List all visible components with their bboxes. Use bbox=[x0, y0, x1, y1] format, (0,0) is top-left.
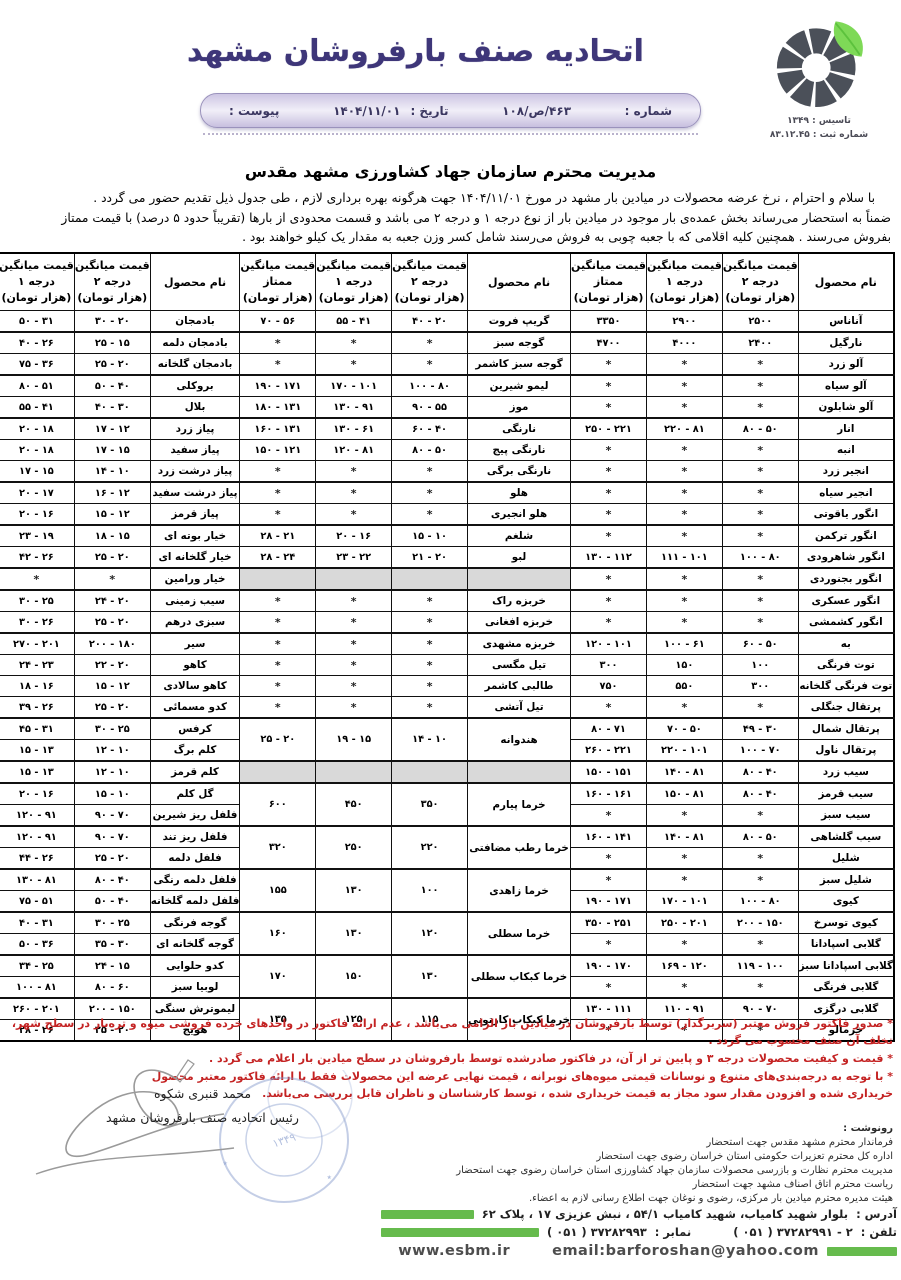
product-name-cell: سیب سبز bbox=[798, 805, 894, 827]
price-cell: ۱۵ - ۱۳ bbox=[0, 740, 74, 762]
price-cell: ۱۰۰ - ۸۰ bbox=[722, 891, 798, 913]
copies-item: اداره کل محترم تعزیرات حکومتی استان خراس… bbox=[405, 1150, 893, 1164]
price-cell: ۲۲۰ - ۱۰۱ bbox=[646, 740, 722, 762]
column-header-line: (هزار تومان) bbox=[647, 290, 722, 306]
price-cell: * bbox=[571, 848, 647, 870]
price-cell: * bbox=[646, 354, 722, 376]
price-cell: ۱۵۰ bbox=[316, 955, 392, 998]
product-name-cell: انبه bbox=[798, 440, 894, 461]
price-cell: ۱۵ - ۱۲ bbox=[74, 504, 150, 526]
price-cell: ۴۴ - ۲۶ bbox=[0, 848, 74, 870]
price-cell: ۱۴ - ۱۰ bbox=[392, 718, 468, 761]
product-name-cell: آلو زرد bbox=[798, 354, 894, 376]
price-cell: * bbox=[392, 697, 468, 719]
price-cell: ۸۰ - ۷۱ bbox=[571, 718, 647, 740]
website-link[interactable]: www.esbm.ir bbox=[398, 1243, 510, 1259]
price-cell: ۱۲ - ۱۰ bbox=[74, 761, 150, 783]
product-name-cell: توت فرنگی bbox=[798, 655, 894, 676]
price-cell: ۲۸ - ۲۴ bbox=[240, 547, 316, 569]
column-header-line: درجه ۲ bbox=[75, 274, 150, 290]
price-cell: ۲۵ - ۲۰ bbox=[74, 697, 150, 719]
column-header-price: قیمت میانگیندرجه ۱(هزار تومان) bbox=[316, 253, 392, 311]
price-cell: ۲۵ - ۲۰ bbox=[74, 848, 150, 870]
product-name-cell: شلیل bbox=[798, 848, 894, 870]
price-cell: * bbox=[240, 697, 316, 719]
price-cell: * bbox=[722, 805, 798, 827]
price-cell: * bbox=[316, 697, 392, 719]
price-cell: ۱۷ - ۱۵ bbox=[0, 461, 74, 483]
address-label: آدرس : bbox=[856, 1207, 897, 1221]
price-cell: ۱۳۰ - ۸۱ bbox=[0, 869, 74, 891]
product-name-cell: خیار گلخانه ای bbox=[150, 547, 240, 569]
price-cell: ۲۲ - ۲۰ bbox=[74, 655, 150, 676]
price-cell: ۱۱۹ - ۱۰۰ bbox=[722, 955, 798, 977]
price-cell: ۳۰ - ۲۵ bbox=[74, 718, 150, 740]
price-cell: ۲۵۰ - ۲۰۱ bbox=[646, 912, 722, 934]
product-name-cell: کرفس bbox=[150, 718, 240, 740]
product-name-cell: فلفل دلمه گلخانه bbox=[150, 891, 240, 913]
fax-value: ۳۷۲۸۲۹۹۳ ( ۰۵۱ ) bbox=[547, 1225, 647, 1239]
email-link[interactable]: email:barforoshan@yahoo.com bbox=[552, 1243, 819, 1259]
product-name-cell: شلغم bbox=[468, 525, 571, 547]
product-name-cell: پیاز قرمز bbox=[150, 504, 240, 526]
price-cell: * bbox=[571, 697, 647, 719]
column-header-price: قیمت میانگینممتاز(هزار تومان) bbox=[240, 253, 316, 311]
column-header-line: قیمت میانگین bbox=[571, 258, 646, 274]
price-cell: ۱۵۵ bbox=[240, 869, 316, 912]
price-cell: ۱۶۰ - ۱۶۱ bbox=[571, 783, 647, 805]
price-cell: * bbox=[646, 461, 722, 483]
price-cell: ۱۶ - ۱۲ bbox=[74, 482, 150, 504]
product-name-cell: سیب گلشاهی bbox=[798, 826, 894, 848]
price-cell: ۵۰ - ۳۶ bbox=[0, 934, 74, 956]
price-cell: ۵۵ - ۴۱ bbox=[316, 311, 392, 333]
product-name-cell: شلیل سبز bbox=[798, 869, 894, 891]
product-name-cell: بادمجان دلمه bbox=[150, 332, 240, 354]
price-cell: * bbox=[722, 568, 798, 590]
price-cell: ۱۸ - ۱۵ bbox=[74, 525, 150, 547]
price-cell: ۷۰ - ۵۶ bbox=[240, 311, 316, 333]
price-cell: * bbox=[722, 397, 798, 419]
letter-body-line: با سلام و احترام ، نرخ عرضه محصولات در م… bbox=[10, 189, 891, 209]
product-name-cell: فلفل ریز تند bbox=[150, 826, 240, 848]
price-cell: ۲۰ - ۱۸ bbox=[0, 418, 74, 440]
web-line: email:barforoshan@yahoo.com www.esbm.ir bbox=[381, 1243, 897, 1259]
product-name-cell: خیار بوته ای bbox=[150, 525, 240, 547]
price-cell: ۴۲ - ۲۶ bbox=[0, 547, 74, 569]
product-name-cell: کیوی توسرخ bbox=[798, 912, 894, 934]
price-cell: ۵۰ - ۴۰ bbox=[74, 891, 150, 913]
price-cell: ۲۴ - ۲۰ bbox=[74, 590, 150, 612]
copies-item: هیئت مدیره محترم میادین بار مرکزی، رضوی … bbox=[405, 1192, 893, 1206]
price-cell: ۳۰ - ۲۶ bbox=[0, 612, 74, 634]
price-cell: ۲۴۰۰ bbox=[722, 332, 798, 354]
price-cell: ۵۰ - ۴۰ bbox=[74, 375, 150, 397]
price-cell: ۱۴۰ - ۸۱ bbox=[646, 761, 722, 783]
price-cell: ۶۰۰ bbox=[240, 783, 316, 826]
price-cell: ۵۰ - ۳۱ bbox=[0, 311, 74, 333]
price-cell: ۷۵ - ۵۱ bbox=[0, 891, 74, 913]
price-cell: * bbox=[316, 655, 392, 676]
price-cell: * bbox=[722, 440, 798, 461]
column-header-line: قیمت میانگین bbox=[316, 258, 391, 274]
reference-bar-underline bbox=[203, 133, 698, 135]
price-cell: * bbox=[722, 612, 798, 634]
price-cell: ۴۵۰ bbox=[316, 783, 392, 826]
product-name-cell: به bbox=[798, 633, 894, 655]
column-header-price: قیمت میانگینممتاز(هزار تومان) bbox=[571, 253, 647, 311]
product-name-cell: توت فرنگی گلخانه bbox=[798, 676, 894, 697]
product-name-cell: سیب زرد bbox=[798, 761, 894, 783]
product-name-cell: آلو شابلون bbox=[798, 397, 894, 419]
column-header-line: قیمت میانگین bbox=[240, 258, 315, 274]
product-name-cell: خرما کبکاب سطلی bbox=[468, 955, 571, 998]
price-cell: ۱۰۰ - ۸۰ bbox=[722, 547, 798, 569]
price-cell: * bbox=[392, 633, 468, 655]
product-name-cell: گلابی اسپادانا bbox=[798, 934, 894, 956]
product-name-cell: فلفل دلمه bbox=[150, 848, 240, 870]
column-header-line: قیمت میانگین bbox=[0, 258, 74, 274]
price-cell: ۳۳۵۰ bbox=[571, 311, 647, 333]
union-logo-icon bbox=[763, 14, 875, 114]
product-name-cell: خرما رطب مضافتی bbox=[468, 826, 571, 869]
price-cell: ۱۳۰ bbox=[316, 912, 392, 955]
logo-registry: شماره ثبت : ۸۳.۱۲.۴۵ bbox=[745, 128, 893, 142]
shaded-empty-cell bbox=[240, 761, 316, 783]
price-cell: ۲۵۰ bbox=[316, 826, 392, 869]
price-cell: * bbox=[571, 397, 647, 419]
copies-item: ریاست محترم اتاق اصناف مشهد جهت استحضار bbox=[405, 1178, 893, 1192]
price-cell: * bbox=[722, 525, 798, 547]
column-header-price: قیمت میانگیندرجه ۱(هزار تومان) bbox=[646, 253, 722, 311]
price-cell: * bbox=[571, 568, 647, 590]
price-cell: * bbox=[722, 869, 798, 891]
price-cell: ۱۲۰ - ۸۱ bbox=[316, 440, 392, 461]
price-cell: * bbox=[646, 568, 722, 590]
column-header-product: نام محصول bbox=[150, 253, 240, 311]
price-cell: * bbox=[722, 848, 798, 870]
price-cell: ۱۳۰ bbox=[316, 869, 392, 912]
product-name-cell: سیر bbox=[150, 633, 240, 655]
price-cell: * bbox=[571, 869, 647, 891]
price-cell: ۱۲۰ bbox=[392, 912, 468, 955]
product-name-cell: انگور شاهرودی bbox=[798, 547, 894, 569]
product-name-cell: انار bbox=[798, 418, 894, 440]
price-cell: ۲۵۰۰ bbox=[722, 311, 798, 333]
price-cell: ۱۰۰ - ۶۱ bbox=[646, 633, 722, 655]
copies-list: رونوشت : فرماندار محترم مشهد مقدس جهت اس… bbox=[405, 1122, 893, 1206]
price-cell: ۵۵۰ bbox=[646, 676, 722, 697]
price-cell: ۲۵ - ۲۰ bbox=[74, 612, 150, 634]
price-cell: ۲۳ - ۱۹ bbox=[0, 525, 74, 547]
column-header-price: قیمت میانگیندرجه ۲(هزار تومان) bbox=[722, 253, 798, 311]
price-cell: * bbox=[646, 934, 722, 956]
price-cell: ۳۰ - ۲۵ bbox=[74, 912, 150, 934]
svg-text:٭: ٭ bbox=[327, 1172, 333, 1183]
product-name-cell: خرما پیارم bbox=[468, 783, 571, 826]
price-cell: ۳۵ - ۳۰ bbox=[74, 934, 150, 956]
product-name-cell: آناناس bbox=[798, 311, 894, 333]
price-cell: ۲۰ - ۱۶ bbox=[0, 504, 74, 526]
price-cell: ۲۴ - ۱۵ bbox=[74, 955, 150, 977]
product-name-cell: تیل مگسی bbox=[468, 655, 571, 676]
price-cell: ۲۸ - ۲۱ bbox=[240, 525, 316, 547]
column-header-line: (هزار تومان) bbox=[571, 290, 646, 306]
price-cell: * bbox=[571, 977, 647, 999]
column-header-line: قیمت میانگین bbox=[723, 258, 798, 274]
shaded-empty-cell bbox=[392, 568, 468, 590]
svg-text:۱۳۴۹: ۱۳۴۹ bbox=[271, 1131, 298, 1151]
price-cell: ۱۸۰ - ۱۳۱ bbox=[240, 397, 316, 419]
product-name-cell: کلم برگ bbox=[150, 740, 240, 762]
price-cell: ۳۴ - ۲۵ bbox=[0, 955, 74, 977]
product-name-cell: فلفل دلمه رنگی bbox=[150, 869, 240, 891]
price-cell: * bbox=[392, 504, 468, 526]
price-cell: * bbox=[722, 375, 798, 397]
product-name-cell: گوجه سبز کاشمر bbox=[468, 354, 571, 376]
price-cell: ۲۵ - ۱۵ bbox=[74, 332, 150, 354]
price-cell: * bbox=[646, 848, 722, 870]
copies-item: مدیریت محترم نظارت و بازرسی محصولات سازم… bbox=[405, 1164, 893, 1178]
price-cell: ۶۰ - ۴۰ bbox=[392, 418, 468, 440]
price-cell: ۳۵۰ - ۲۵۱ bbox=[571, 912, 647, 934]
price-cell: ۱۵ - ۱۲ bbox=[74, 676, 150, 697]
price-cell: * bbox=[240, 504, 316, 526]
ref-number-value: ۴۶۳/ص/۱۰۸ bbox=[502, 104, 571, 118]
product-name-cell: خربزه افغانی bbox=[468, 612, 571, 634]
price-cell: ۱۲۰ - ۱۰۱ bbox=[571, 633, 647, 655]
price-cell: ۴۰ - ۳۰ bbox=[74, 397, 150, 419]
price-cell: * bbox=[74, 568, 150, 590]
price-cell: ۱۶۹ - ۱۲۰ bbox=[646, 955, 722, 977]
price-cell: ۸۰ - ۵۰ bbox=[722, 418, 798, 440]
column-header-price: قیمت میانگیندرجه ۲(هزار تومان) bbox=[74, 253, 150, 311]
price-cell: * bbox=[646, 482, 722, 504]
green-highlight-bar bbox=[381, 1210, 474, 1219]
price-cell: * bbox=[316, 332, 392, 354]
column-header-line: (هزار تومان) bbox=[0, 290, 74, 306]
price-cell: * bbox=[316, 354, 392, 376]
price-cell: ۱۵ - ۱۰ bbox=[74, 783, 150, 805]
address-value: بلوار شهید کامیاب، شهید کامیاب ۵۴/۱ ، نب… bbox=[482, 1207, 848, 1221]
price-cell: * bbox=[240, 633, 316, 655]
price-cell: ۲۰ - ۱۸ bbox=[0, 440, 74, 461]
price-cell: ۱۲ - ۱۰ bbox=[74, 740, 150, 762]
price-cell: * bbox=[316, 676, 392, 697]
price-cell: * bbox=[392, 676, 468, 697]
product-name-cell: انگور عسکری bbox=[798, 590, 894, 612]
price-cell: * bbox=[240, 461, 316, 483]
price-cell: ۱۴ - ۱۰ bbox=[74, 461, 150, 483]
price-cell: * bbox=[571, 525, 647, 547]
product-name-cell: پرتقال ناول bbox=[798, 740, 894, 762]
price-cell: * bbox=[240, 354, 316, 376]
price-cell: * bbox=[646, 977, 722, 999]
price-cell: ۱۷ - ۱۵ bbox=[74, 440, 150, 461]
reference-bar: شماره : ۴۶۳/ص/۱۰۸ تاریخ : ۱۴۰۴/۱۱/۰۱ پیو… bbox=[200, 93, 701, 128]
product-name-cell: هندوانه bbox=[468, 718, 571, 761]
price-cell: * bbox=[316, 482, 392, 504]
column-header-price: قیمت میانگیندرجه ۲(هزار تومان) bbox=[392, 253, 468, 311]
price-cell: * bbox=[240, 590, 316, 612]
shaded-empty-cell bbox=[392, 761, 468, 783]
price-cell: ۹۰ - ۷۰ bbox=[74, 826, 150, 848]
price-cell: ۱۶۰ bbox=[240, 912, 316, 955]
price-cell: * bbox=[571, 612, 647, 634]
price-cell: ۳۰ - ۲۰ bbox=[74, 311, 150, 333]
price-cell: * bbox=[571, 504, 647, 526]
product-name-cell: نارگیل bbox=[798, 332, 894, 354]
column-header-line: درجه ۱ bbox=[316, 274, 391, 290]
column-header-line: قیمت میانگین bbox=[75, 258, 150, 274]
price-cell: ۸۰ - ۵۰ bbox=[722, 826, 798, 848]
price-cell: * bbox=[722, 461, 798, 483]
price-table: نام محصولقیمت میانگیندرجه ۲(هزار تومان)ق… bbox=[0, 252, 895, 1042]
price-cell: * bbox=[240, 332, 316, 354]
product-name-cell: خیار ورامین bbox=[150, 568, 240, 590]
product-name-cell: خربزه راک bbox=[468, 590, 571, 612]
column-header-line: (هزار تومان) bbox=[240, 290, 315, 306]
shaded-empty-cell bbox=[468, 761, 571, 783]
ref-number-label: شماره : bbox=[625, 104, 672, 118]
product-name-cell: لوبیا سبز bbox=[150, 977, 240, 999]
product-name-cell: انجیر زرد bbox=[798, 461, 894, 483]
product-name-cell: هلو bbox=[468, 482, 571, 504]
price-cell: ۱۰۰ bbox=[392, 869, 468, 912]
product-name-cell: فلفل ریز شیرین bbox=[150, 805, 240, 827]
price-cell: * bbox=[722, 934, 798, 956]
product-name-cell: گوجه گلخانه ای bbox=[150, 934, 240, 956]
product-name-cell: کدو مسمائی bbox=[150, 697, 240, 719]
price-cell: ۱۵۰ - ۸۱ bbox=[646, 783, 722, 805]
price-cell: ۱۵۰ - ۱۲۱ bbox=[240, 440, 316, 461]
price-cell: ۲۷۰ - ۲۰۱ bbox=[0, 633, 74, 655]
price-cell: ۴۷۰۰ bbox=[571, 332, 647, 354]
price-cell: ۱۷۰ bbox=[240, 955, 316, 998]
price-cell: ۲۶۰ - ۲۲۱ bbox=[571, 740, 647, 762]
price-cell: ۳۰۰ bbox=[722, 676, 798, 697]
price-cell: ۱۹۰ - ۱۷۱ bbox=[571, 891, 647, 913]
column-header-line: قیمت میانگین bbox=[647, 258, 722, 274]
price-cell: * bbox=[571, 482, 647, 504]
price-cell: ۴۰۰۰ bbox=[646, 332, 722, 354]
logo-established: تاسیس : ۱۳۴۹ bbox=[745, 114, 893, 128]
price-cell: * bbox=[392, 354, 468, 376]
column-header-line: درجه ۲ bbox=[392, 274, 467, 290]
product-name-cell: سبزی درهم bbox=[150, 612, 240, 634]
price-cell: * bbox=[646, 397, 722, 419]
product-name-cell: پیاز سفید bbox=[150, 440, 240, 461]
product-name-cell: گوجه فرنگی bbox=[150, 912, 240, 934]
product-name-cell: گل کلم bbox=[150, 783, 240, 805]
price-cell: ۳۹ - ۲۶ bbox=[0, 697, 74, 719]
page-title: اتحادیه صنف بارفروشان مشهد bbox=[185, 34, 646, 69]
price-cell: * bbox=[722, 482, 798, 504]
price-cell: * bbox=[722, 977, 798, 999]
product-name-cell: سیب قرمز bbox=[798, 783, 894, 805]
product-name-cell: طالبی کاشمر bbox=[468, 676, 571, 697]
price-cell: ۲۳ - ۲۲ bbox=[316, 547, 392, 569]
price-cell: ۵۵ - ۴۱ bbox=[0, 397, 74, 419]
product-name-cell: کیوی bbox=[798, 891, 894, 913]
product-name-cell: پیاز زرد bbox=[150, 418, 240, 440]
price-cell: ۷۵ - ۳۶ bbox=[0, 354, 74, 376]
price-cell: * bbox=[240, 655, 316, 676]
shaded-empty-cell bbox=[316, 568, 392, 590]
address-line: آدرس : بلوار شهید کامیاب، شهید کامیاب ۵۴… bbox=[381, 1207, 897, 1221]
price-cell: ۱۰۰ - ۸۱ bbox=[0, 977, 74, 999]
letter-body: با سلام و احترام ، نرخ عرضه محصولات در م… bbox=[10, 189, 891, 248]
letter-body-line: ضمناً به استحضار می‌رساند بخش عمده‌ی بار… bbox=[10, 209, 891, 229]
price-cell: ۲۵ - ۲۰ bbox=[240, 718, 316, 761]
product-name-cell: انگور یاقوتی bbox=[798, 504, 894, 526]
price-cell: ۲۵۰ - ۲۲۱ bbox=[571, 418, 647, 440]
price-cell: ۱۰۰ - ۷۰ bbox=[722, 740, 798, 762]
price-cell: ۲۵ - ۲۰ bbox=[74, 547, 150, 569]
ref-attachment-label: پیوست : bbox=[229, 104, 279, 118]
price-cell: ۲۹۰۰ bbox=[646, 311, 722, 333]
product-name-cell: بروکلی bbox=[150, 375, 240, 397]
price-cell: ۸۰ - ۴۰ bbox=[722, 761, 798, 783]
price-cell: ۱۷۰ - ۱۰۱ bbox=[646, 891, 722, 913]
price-cell: ۳۲۰ bbox=[240, 826, 316, 869]
green-highlight-bar bbox=[827, 1247, 897, 1256]
product-name-cell: نارنگی bbox=[468, 418, 571, 440]
price-cell: ۳۰۰ bbox=[571, 655, 647, 676]
shaded-empty-cell bbox=[240, 568, 316, 590]
price-cell: ۱۳۰ - ۹۱ bbox=[316, 397, 392, 419]
column-header-line: ممتاز bbox=[571, 274, 646, 290]
price-cell: ۳۰ - ۲۵ bbox=[0, 590, 74, 612]
price-cell: ۱۶۰ - ۱۴۱ bbox=[571, 826, 647, 848]
price-cell: * bbox=[646, 375, 722, 397]
product-name-cell: تیل آتشی bbox=[468, 697, 571, 719]
price-cell: ۴۰ - ۳۱ bbox=[0, 912, 74, 934]
column-header-product: نام محصول bbox=[798, 253, 894, 311]
price-cell: * bbox=[571, 461, 647, 483]
price-cell: ۲۰۰ - ۱۸۰ bbox=[74, 633, 150, 655]
recipient-heading: مدیریت محترم سازمان جهاد کشاورزی مشهد مق… bbox=[0, 162, 901, 181]
ref-date-label: تاریخ : bbox=[410, 104, 448, 118]
price-cell: ۲۰ - ۱۶ bbox=[0, 783, 74, 805]
price-table-body: نام محصولقیمت میانگیندرجه ۲(هزار تومان)ق… bbox=[0, 253, 894, 1041]
price-cell: ۳۵۰ bbox=[392, 783, 468, 826]
price-cell: ۲۰ - ۱۶ bbox=[316, 525, 392, 547]
column-header-product: نام محصول bbox=[468, 253, 571, 311]
price-cell: * bbox=[722, 590, 798, 612]
column-header-price: قیمت میانگیندرجه ۱(هزار تومان) bbox=[0, 253, 74, 311]
price-cell: * bbox=[722, 354, 798, 376]
price-cell: * bbox=[316, 504, 392, 526]
product-name-cell: گوجه سبز bbox=[468, 332, 571, 354]
price-cell: ۲۲۰ - ۸۱ bbox=[646, 418, 722, 440]
price-cell: * bbox=[646, 805, 722, 827]
tel-label: تلفن : bbox=[861, 1225, 897, 1239]
product-name-cell: کاهو سالادی bbox=[150, 676, 240, 697]
column-header-line: درجه ۱ bbox=[0, 274, 74, 290]
price-cell: * bbox=[392, 482, 468, 504]
product-name-cell: انگور ترکمن bbox=[798, 525, 894, 547]
product-name-cell: بادمجان گلخانه bbox=[150, 354, 240, 376]
price-cell: * bbox=[646, 590, 722, 612]
price-cell: * bbox=[240, 482, 316, 504]
price-cell: ۲۰ - ۱۷ bbox=[0, 482, 74, 504]
price-cell: ۷۰ - ۵۰ bbox=[646, 718, 722, 740]
price-cell: ۸۰ - ۴۰ bbox=[722, 783, 798, 805]
product-name-cell: هلو انجیری bbox=[468, 504, 571, 526]
price-cell: ۱۷۰ - ۱۰۱ bbox=[316, 375, 392, 397]
price-cell: * bbox=[316, 590, 392, 612]
